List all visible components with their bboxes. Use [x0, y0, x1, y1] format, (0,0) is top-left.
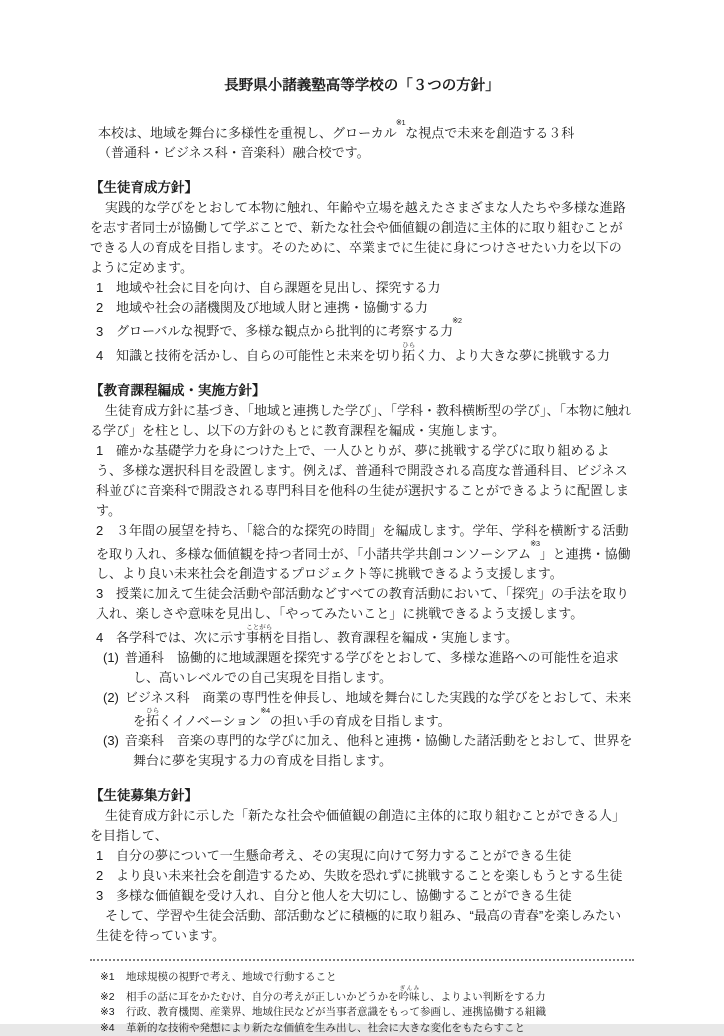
- sec1-item-4-text: 知識と技術を活かし、自らの可能性と未来を切り: [116, 348, 402, 363]
- footnote-ref-1: ※1: [396, 118, 405, 127]
- sec1-item-1: 1地域や社会に目を向け、自ら課題を見出し、探究する力: [96, 278, 634, 298]
- intro-line1-text: 本校は、地域を舞台に多様性を重視し、グローカル: [98, 125, 397, 140]
- sec1-item-2-text: 地域や社会の諸機関及び地域人財と連携・協働する力: [116, 300, 428, 315]
- sec1-item-4-text-after: く力、より大きな夢に挑戦する力: [415, 348, 610, 363]
- sec3-item-2-number: 2: [96, 866, 116, 886]
- sec1-item-3-text: グローバルな視野で、多様な観点から批判的に考察する力: [116, 324, 453, 339]
- ruby-base: 事柄: [246, 630, 272, 645]
- sec3-item-3-text: 多様な価値観を受け入れ、自分と他人を大切にし、協働することができる生徒: [116, 888, 572, 903]
- ruby-reading: ことがら: [246, 624, 272, 631]
- sec2-item-3-number: 3: [96, 584, 116, 604]
- sec3-paragraph: 生徒育成方針に示した「新たな社会や価値観の創造に主体的に取り組むことができる人」…: [90, 806, 634, 846]
- document-title: 長野県小諸義塾高等学校の「３つの方針」: [90, 76, 634, 96]
- sec2-subitem-3-text: 音楽の専門的な学びに加え、他科と連携・協働した諸活動をとおして、世界を舞台に夢を…: [133, 733, 632, 768]
- intro-paragraph: 本校は、地域を舞台に多様性を重視し、グローカル※1な視点で未来を創造する３科（普…: [98, 120, 634, 163]
- footnote-3-text: 行政、教育機関、産業界、地域住民などが当事者意識をもって参画し、連携協働する組織: [126, 1006, 546, 1018]
- sec1-item-1-text: 地域や社会に目を向け、自ら課題を見出し、探究する力: [116, 280, 440, 295]
- sec3-item-1: 1自分の夢について一生懸命考え、その実現に向けて努力することができる生徒: [96, 846, 634, 866]
- sec2-item-4-text-after: を目指し、教育課程を編成・実施します。: [272, 630, 518, 645]
- sec1-item-3-number: 3: [96, 322, 116, 342]
- footnote-1: ※1地球規模の視野で考え、地域で行動すること: [100, 970, 634, 986]
- dotted-separator: [90, 959, 634, 961]
- sec2-subitem-2-number: (2): [103, 690, 119, 705]
- footnote-ref-2: ※2: [452, 316, 461, 325]
- intro-line2-text: （普通科・ビジネス科・音楽科）融合校です。: [98, 145, 370, 160]
- sec2-subitem-music: (3)音楽科音楽の専門的な学びに加え、他科と連携・協働した諸活動をとおして、世界…: [133, 731, 634, 771]
- sec2-subitem-3-label: 音楽科: [125, 733, 164, 748]
- sec1-item-4: 4知識と技術を活かし、自らの可能性と未来を切り拓ひらく力、より大きな夢に挑戦する…: [96, 342, 634, 366]
- ruby-reading: ひら: [146, 707, 159, 714]
- ruby-hiraku: 拓ひら: [402, 348, 415, 363]
- sec3-item-3-number: 3: [96, 886, 116, 906]
- footnote-4-text: 革新的な技術や発想により新たな価値を生み出し、社会に大きな変化をもたらすこと: [126, 1022, 525, 1034]
- footnotes-block: ※1地球規模の視野で考え、地域で行動すること ※2相手の話に耳をかたむけ、自分の…: [100, 970, 634, 1036]
- sec2-subitem-2-label: ビジネス科: [125, 690, 190, 705]
- sec3-item-2: 2より良い未来社会を創造するため、失敗を恐れずに挑戦することを楽しもうとする生徒: [96, 866, 634, 886]
- ruby-base: 拓: [402, 348, 415, 363]
- sec3-item-2-text: より良い未来社会を創造するため、失敗を恐れずに挑戦することを楽しもうとする生徒: [116, 868, 622, 883]
- ruby-base: 拓: [146, 713, 159, 728]
- ruby-hiraku-2: 拓ひら: [146, 713, 159, 728]
- footnote-3: ※3行政、教育機関、産業界、地域住民などが当事者意識をもって参画し、連携協働する…: [100, 1005, 634, 1021]
- footnote-2-text-after: し、よりよい判断をする力: [420, 991, 546, 1003]
- sec2-subitem-2-text-after: の担い手の育成を目指します。: [270, 713, 451, 728]
- ruby-kotogara: 事柄ことがら: [246, 630, 272, 645]
- sec2-item-1: 1確かな基礎学力を身につけた上で、一人ひとりが、夢に挑戦する学びに取り組めるよう…: [96, 441, 634, 521]
- intro-line1-text-after: な視点で未来を創造する３科: [405, 125, 574, 140]
- section-heading-student-development: 【生徒育成方針】: [90, 178, 634, 198]
- footnote-4-marker: ※4: [100, 1021, 126, 1036]
- ruby-reading: ひら: [402, 342, 415, 349]
- footnote-2-marker: ※2: [100, 990, 126, 1006]
- footnote-2-text: 相手の話に耳をかたむけ、自分の考えが正しいかどうかを: [126, 991, 399, 1003]
- footnote-4: ※4革新的な技術や発想により新たな価値を生み出し、社会に大きな変化をもたらすこと: [100, 1021, 634, 1036]
- sec2-subitem-1-number: (1): [103, 650, 119, 665]
- document-page: 長野県小諸義塾高等学校の「３つの方針」 本校は、地域を舞台に多様性を重視し、グロ…: [0, 0, 724, 1024]
- sec2-paragraph: 生徒育成方針に基づき、「地域と連携した学び」、「学科・教科横断型の学び」、「本物…: [90, 401, 634, 441]
- sec2-item-3: 3授業に加えて生徒会活動や部活動などすべての教育活動において、「探究」の手法を取…: [96, 584, 634, 624]
- sec2-item-4-text: 各学科では、次に示す: [116, 630, 246, 645]
- sec1-item-3: 3グローバルな視野で、多様な観点から批判的に考察する力※2: [96, 318, 634, 341]
- sec1-item-1-number: 1: [96, 278, 116, 298]
- sec1-item-2: 2地域や社会の諸機関及び地域人財と連携・協働する力: [96, 298, 634, 318]
- footnote-3-marker: ※3: [100, 1005, 126, 1021]
- sec2-item-3-text: 授業に加えて生徒会活動や部活動などすべての教育活動において、「探究」の手法を取り…: [96, 586, 629, 621]
- sec3-item-1-text: 自分の夢について一生懸命考え、その実現に向けて努力することができる生徒: [116, 848, 572, 863]
- sec3-item-1-number: 1: [96, 846, 116, 866]
- footnote-ref-4: ※4: [260, 706, 269, 715]
- sec2-item-4: 4各学科では、次に示す事柄ことがらを目指し、教育課程を編成・実施します。: [96, 624, 634, 648]
- sec2-item-1-text: 確かな基礎学力を身につけた上で、一人ひとりが、夢に挑戦する学びに取り組めるよう、…: [96, 443, 629, 518]
- footnote-1-marker: ※1: [100, 970, 126, 986]
- sec2-item-2-number: 2: [96, 521, 116, 541]
- section-heading-curriculum: 【教育課程編成・実施方針】: [90, 381, 634, 401]
- footnote-ref-3: ※3: [530, 539, 539, 548]
- ruby-ginmi: 吟味ぎんみ: [399, 991, 420, 1003]
- sec2-item-2: 2３年間の展望を持ち、「総合的な探究の時間」を編成します。学年、学科を横断する活…: [96, 521, 634, 584]
- footnote-1-text: 地球規模の視野で考え、地域で行動すること: [126, 971, 337, 983]
- sec2-item-4-number: 4: [96, 628, 116, 648]
- section-heading-recruitment: 【生徒募集方針】: [90, 786, 634, 806]
- sec1-paragraph: 実践的な学びをとおして本物に触れ、年齢や立場を越えたさまざまな人たちや多様な進路…: [90, 198, 634, 278]
- sec2-item-1-number: 1: [96, 441, 116, 461]
- sec1-item-4-number: 4: [96, 346, 116, 366]
- sec2-subitem-futsuka: (1)普通科協働的に地域課題を探究する学びをとおして、多様な進路への可能性を追求…: [133, 648, 634, 688]
- sec2-subitem-1-label: 普通科: [125, 650, 164, 665]
- sec2-subitem-business: (2)ビジネス科商業の専門性を伸長し、地域を舞台にした実践的な学びをとおして、未…: [133, 688, 634, 731]
- ruby-base: 吟味: [399, 991, 420, 1003]
- sec3-closing-paragraph: そして、学習や生徒会活動、部活動などに積極的に取り組み、“最高の青春”を楽しみた…: [96, 906, 634, 946]
- footnote-2: ※2相手の話に耳をかたむけ、自分の考えが正しいかどうかを吟味ぎんみし、よりよい判…: [100, 986, 634, 1006]
- sec2-subitem-1-text: 協働的に地域課題を探究する学びをとおして、多様な進路への可能性を追求し、高いレベ…: [133, 650, 619, 685]
- sec2-subitem-3-number: (3): [103, 733, 119, 748]
- ruby-reading: ぎんみ: [399, 986, 420, 992]
- sec2-subitem-2-text-mid: くイノベーション: [159, 713, 261, 728]
- sec3-item-3: 3多様な価値観を受け入れ、自分と他人を大切にし、協働することができる生徒: [96, 886, 634, 906]
- sec1-item-2-number: 2: [96, 298, 116, 318]
